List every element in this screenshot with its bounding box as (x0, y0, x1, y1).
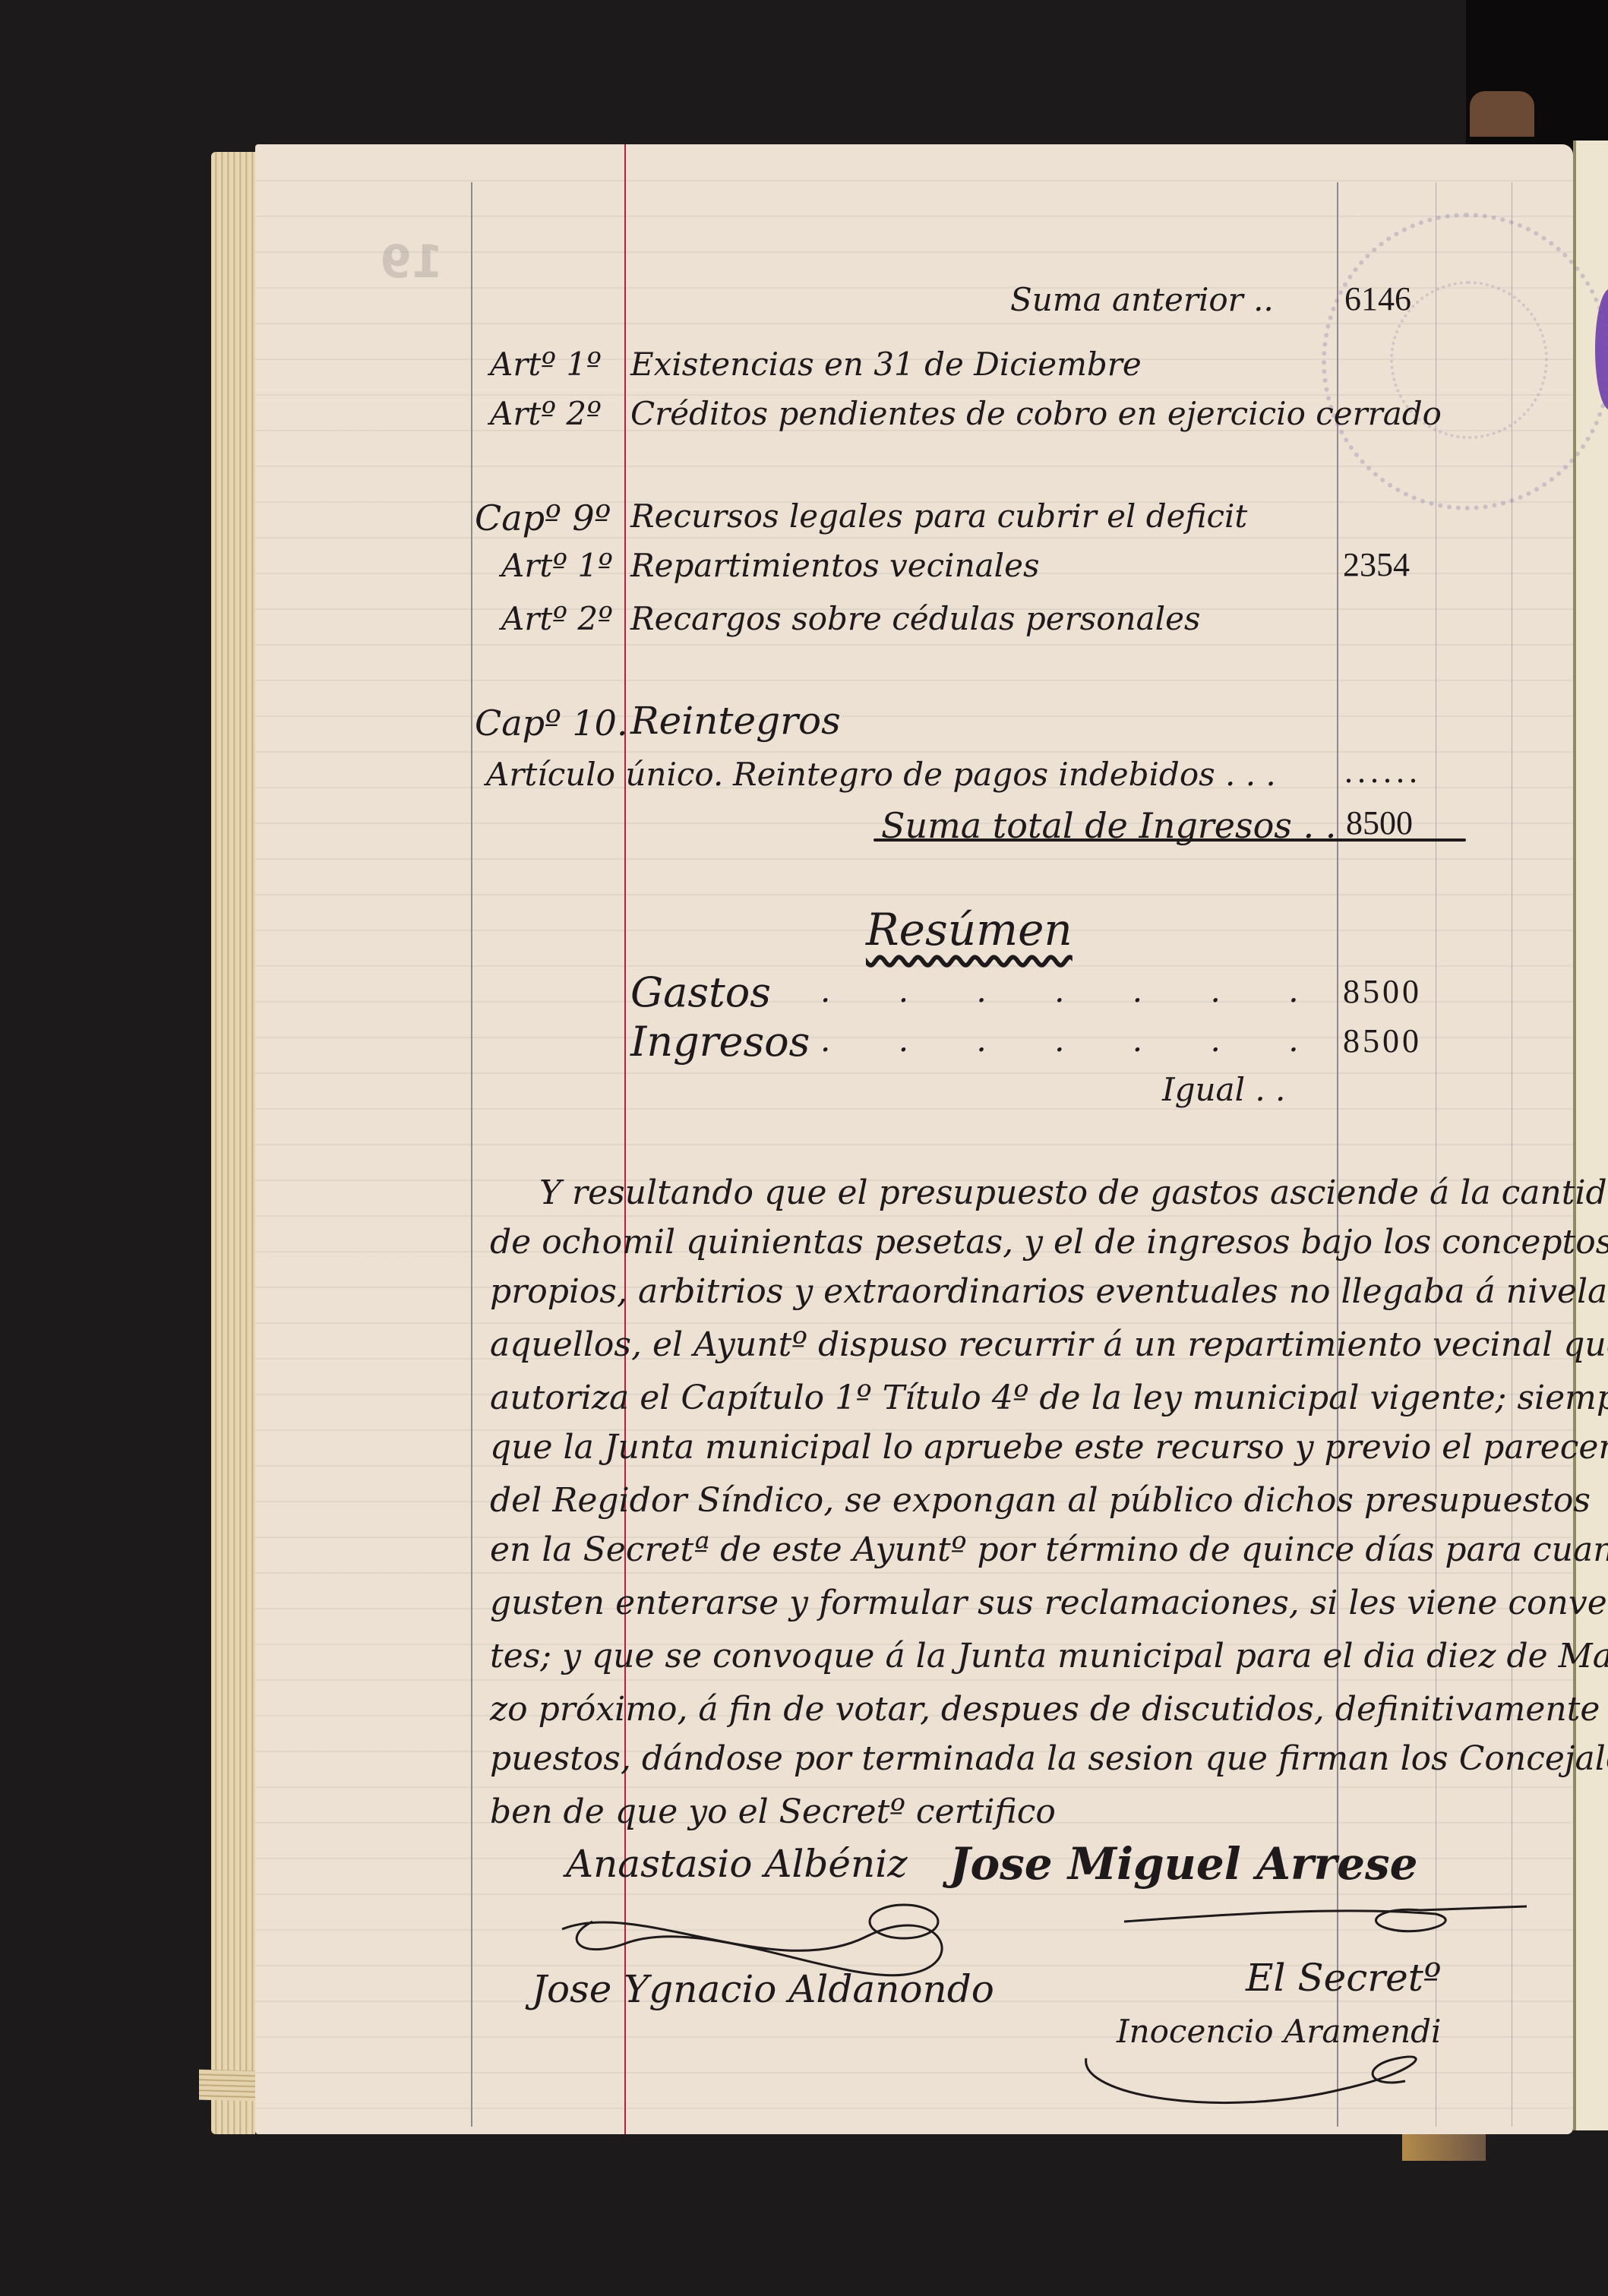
signature-flourish-icon (547, 1884, 1003, 1990)
ledger-row-label: Capº 10. (475, 703, 627, 744)
ledger-row-label: Artº 1º (501, 547, 613, 584)
summary-result: Igual . . (1162, 1071, 1285, 1108)
body-line: ben de que yo el Secretº certifico (490, 1792, 1056, 1831)
ledger-row-label: Artº 2º (501, 600, 613, 637)
total-income-amount: 8500 (1346, 804, 1413, 842)
ledger-row-label: Capº 9º (475, 497, 611, 538)
body-line: puestos, dándose por terminada la sesion… (490, 1739, 1608, 1778)
ledger-row-text: Créditos pendientes de cobro en ejercici… (630, 395, 1442, 432)
ledger-row-text: Recargos sobre cédulas personales (630, 600, 1200, 637)
ledger-row-text: Recursos legales para cubrir el deficit (630, 497, 1247, 535)
ledger-row-label: Artº 1º (490, 346, 602, 383)
body-line: en la Secretª de este Ayuntº por término… (490, 1530, 1608, 1569)
bleed-through-page-number: 19 (380, 235, 444, 289)
total-underline (874, 838, 1466, 842)
ledger-row-text: Suma anterior .. (1010, 281, 1274, 318)
summary-row-amount: 8500 (1343, 1022, 1422, 1060)
ledger-row-label: Artículo único. (486, 756, 723, 793)
summary-title: Resúmen (866, 904, 1073, 955)
signature: Anastasio Albéniz (566, 1842, 908, 1886)
body-line: zo próximo, á fin de votar, despues de d… (490, 1690, 1608, 1729)
ledger-row-amount: 2354 (1343, 545, 1410, 584)
amount-column-rule (1337, 182, 1338, 2127)
summary-row-dots: . . . . . . . (820, 1022, 1328, 1059)
signature-flourish-icon (1117, 1891, 1534, 1967)
body-line: del Regidor Síndico, se expongan al públ… (490, 1481, 1591, 1520)
ledger-row-amount: ...... (1344, 752, 1422, 791)
body-line: propios, arbitrios y extraordinarios eve… (490, 1272, 1608, 1311)
label-column-rule (471, 182, 472, 2127)
body-line: Y resultando que el presupuesto de gasto… (539, 1173, 1608, 1212)
ledger-row-text: Repartimientos vecinales (630, 547, 1040, 584)
summary-row-dots: . . . . . . . (820, 972, 1328, 1009)
page-stack-edge (211, 152, 255, 2134)
ledger-row-text: Reintegro de pagos indebidos . . . (733, 756, 1276, 793)
signature: Jose Miguel Arrese (949, 1838, 1418, 1890)
ledger-row-text: Existencias en 31 de Diciembre (630, 346, 1142, 383)
body-line: autoriza el Capítulo 1º Título 4º de la … (490, 1379, 1608, 1417)
body-line: gusten enterarse y formular sus reclamac… (490, 1584, 1608, 1622)
ledger-row-amount: 6146 (1344, 279, 1411, 318)
signature-flourish-icon (1071, 2035, 1466, 2142)
binding-tab-top (1470, 91, 1534, 137)
ledger-row-label: Artº 2º (490, 395, 602, 432)
summary-row-label: Gastos (630, 968, 771, 1016)
ledger-row-text: Reintegros (630, 699, 841, 743)
red-margin-rule (624, 144, 626, 2134)
summary-row-amount: 8500 (1343, 972, 1422, 1011)
body-line: de ochomil quinientas pesetas, y el de i… (490, 1223, 1608, 1262)
body-line: aquellos, el Ayuntº dispuso recurrir á u… (490, 1325, 1608, 1364)
summary-row-label: Ingresos (630, 1018, 810, 1066)
body-line: tes; y que se convoque á la Junta munici… (490, 1637, 1608, 1675)
body-line: que la Junta municipal lo apruebe este r… (490, 1428, 1608, 1467)
